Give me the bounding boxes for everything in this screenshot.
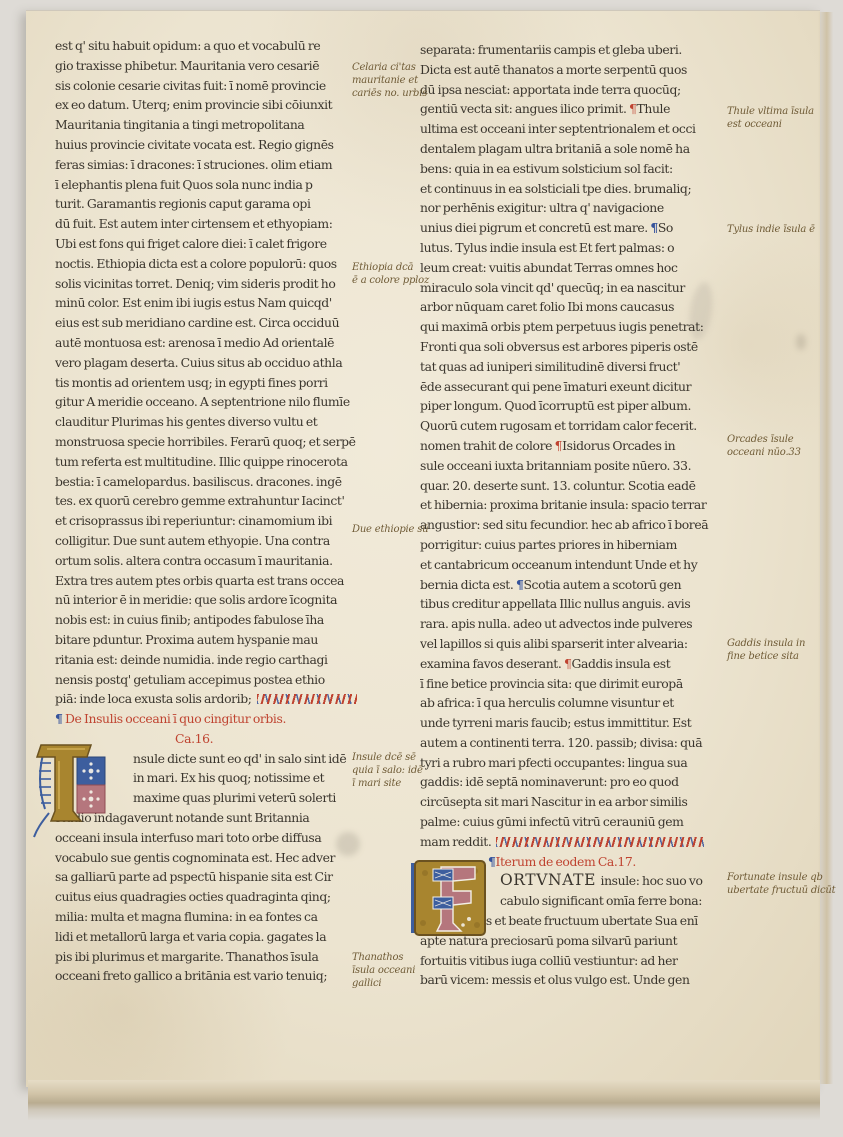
text-line: mam reddit. (420, 832, 722, 852)
text-line: Mauritania tingitania a tingi metropolit… (55, 115, 357, 135)
text-line: lidi et metallorū larga et varia copia. … (55, 927, 357, 947)
text-line: Quorū cutem rugosam et torridam calor fe… (420, 416, 722, 436)
text-line: colligitur. Due sunt autem ethyopie. Una… (55, 531, 357, 551)
text-line: nobis est: in cuius finib; antipodes fab… (55, 610, 357, 630)
text-line: solis vicinitas torret. Deniq; vim sider… (55, 274, 357, 294)
text-column-left: est q' situ habuit opidum: a quo et voca… (55, 36, 357, 986)
text-line: vel lapillos si quis alibi sparserit int… (420, 634, 722, 654)
text-line: et crisoprassus ibi reperiuntur: cinamom… (55, 511, 357, 531)
text-line: ab africa: ī qua herculis columne visunt… (420, 693, 722, 713)
text-line: Extra tres autem ptes orbis quarta est t… (55, 571, 357, 591)
text-line: huius provincie civitate vocata est. Reg… (55, 135, 357, 155)
text-line: arbor nūquam caret folio Ibi mons caucas… (420, 297, 722, 317)
text-line: leum creat: vuitis abundat Terras omnes … (420, 258, 722, 278)
text-line: milia: multa et magna flumina: in ea fon… (55, 907, 357, 927)
text-line: fortuitis vitibus iuga colliū vestiuntur… (420, 951, 722, 971)
text-line: eius est sub meridiano cardine est. Circ… (55, 313, 357, 333)
text-line: ultima est occeani inter septentrionalem… (420, 119, 722, 139)
text-line: rara. apis nulla. adeo ut advectos inde … (420, 614, 722, 634)
text-line: unde tyrreni maris faucib; estus immitti… (420, 713, 722, 733)
text-line: minū color. Est enim ibi iugis estus Nam… (55, 293, 357, 313)
text-line: nomen trahit de colore ¶Isidorus Orcades… (420, 436, 722, 456)
text-line: ī fine betice provincia sita: que dirimi… (420, 674, 722, 694)
text-line: lutus. Tylus indie insula est Et fert pa… (420, 238, 722, 258)
text-line: cuitus eius quadragies octies quadragint… (55, 887, 357, 907)
text-line: feras simias: ī dracones: ī struciones. … (55, 155, 357, 175)
text-line: dentalem plagam ultra britaniā a sole no… (420, 139, 722, 159)
text-line: ortum solis. altera contra occasum ī mau… (55, 551, 357, 571)
text-line: occeani freto gallico a britānia est var… (55, 966, 357, 986)
text-line: ritania est: deinde numidia. inde regio … (55, 650, 357, 670)
text-line: tat quas ad iuniperi similitudinē divers… (420, 357, 722, 377)
pen-flourish-line-filler (257, 694, 357, 704)
margin-note: Celaria ci'tasmauritanie etcariēs no. ur… (352, 62, 427, 100)
text-line: nū interior ē in meridie: que solis ardo… (55, 590, 357, 610)
margin-note: Due ethiopie sū (352, 524, 428, 537)
text-line: Fronti qua soli obversus est arbores pip… (420, 337, 722, 357)
text-line: autem a continenti terra. 120. passib; d… (420, 733, 722, 753)
text-line: bestia: ī camelopardus. basiliscus. drac… (55, 472, 357, 492)
text-line: examina favos deserant. ¶Gaddis insula e… (420, 654, 722, 674)
text-line: palme: cuius gūmi infectū vitrū cerauniū… (420, 812, 722, 832)
text-line: pis ibi plurimus et margarite. Thanathos… (55, 947, 357, 967)
margin-note: Insule dcē sēquia ī salo: idēī mari site (352, 752, 423, 790)
text-line: angustior: sed situ fecundior. hec ab af… (420, 515, 722, 535)
manuscript-photo: est q' situ habuit opidum: a quo et voca… (0, 0, 843, 1137)
text-line: ex eo datum. Uterq; enim provincie sibi … (55, 95, 357, 115)
text-line: nor perhēnis exigitur: ultra q' navigaci… (420, 198, 722, 218)
text-line: sule occeani iuxta britanniam posite nūe… (420, 456, 722, 476)
text-line: tibus creditur appellata Illic nullus an… (420, 594, 722, 614)
pen-flourish-line-filler (496, 837, 704, 847)
margin-note: Fortunate insule qbubertate fructuū dicū… (727, 872, 836, 898)
text-line: tum referta est multitudine. Illic quipp… (55, 452, 357, 472)
text-line: tis montis ad orientem usq; in egypti fi… (55, 373, 357, 393)
text-line: est q' situ habuit opidum: a quo et voca… (55, 36, 357, 56)
text-line: et hibernia: proxima britanie insula: sp… (420, 495, 722, 515)
text-line: sa galliarū parte ad pspectū hispanie si… (55, 867, 357, 887)
text-line: dū fuit. Est autem inter cirtensem et et… (55, 214, 357, 234)
text-line: tes. ex quorū cerebro gemme extrahuntur … (55, 491, 357, 511)
text-line: qui maximā orbis ptem perpetuus iugis pe… (420, 317, 722, 337)
gutter-marginalia: Celaria ci'tasmauritanie etcariēs no. ur… (352, 0, 430, 1137)
margin-note: Tylus indie īsula ē (727, 224, 815, 237)
margin-note: Orcades īsuleocceani nūo.33 (727, 434, 801, 460)
right-marginalia: Thule vltima īsulaest occeaniTylus indie… (727, 0, 841, 1137)
illuminated-initial-i (33, 741, 121, 843)
text-line: Dicta est autē thanatos a morte serpentū… (420, 60, 722, 80)
text-line: unius diei pigrum et concretū est mare. … (420, 218, 722, 238)
text-line: vocabulo sue gentis cognominata est. Hec… (55, 848, 357, 868)
margin-note: Thule vltima īsulaest occeani (727, 106, 814, 132)
text-line: porrigitur: cuius partes priores in hibe… (420, 535, 722, 555)
text-line: ēde assecurant qui pene īmaturi exeunt d… (420, 377, 722, 397)
text-line: nensis postq' getuliam accepimus postea … (55, 670, 357, 690)
text-line: piā: inde loca exusta solis ardorib; (55, 689, 357, 709)
text-line: sis colonie cesarie civitas fuit: ī nomē… (55, 76, 357, 96)
text-line: separata: frumentariis campis et gleba u… (420, 40, 722, 60)
text-line: miraculo sola vincit qd' quecūq; in ea n… (420, 278, 722, 298)
margin-note: Ethiopia dcāē a colore pploz (352, 262, 429, 288)
text-line: circūsepta sit mari Nascitur in ea arbor… (420, 792, 722, 812)
margin-note: Gaddis insula infine betice sita (727, 638, 805, 664)
text-line: dū ipsa nesciat: apportata inde terra qu… (420, 80, 722, 100)
margin-note: Thanathosīsula occeanigallici (352, 952, 415, 990)
text-line: bitare pduntur. Proxima autem hyspanie m… (55, 630, 357, 650)
text-line: barū vicem: messis et olus vulgo est. Un… (420, 970, 722, 990)
text-line: Ubi est fons qui friget calore diei: ī c… (55, 234, 357, 254)
text-line: et cantabricum occeanum intendunt Unde e… (420, 555, 722, 575)
text-line: turit. Garamantis regionis caput garama … (55, 194, 357, 214)
text-line: gaddis: idē septā nominaverunt: pro eo q… (420, 772, 722, 792)
text-line: bernia dicta est. ¶Scotia autem a scotor… (420, 575, 722, 595)
text-line: vero plagam deserta. Cuius situs ab occi… (55, 353, 357, 373)
text-line: autē montuosa est: arenosa ī medio Ad or… (55, 333, 357, 353)
text-line: gitur A meridie occeano. A septentrione … (55, 392, 357, 412)
text-line: noctis. Ethiopia dicta est a colore popu… (55, 254, 357, 274)
text-line: gio traxisse phibetur. Mauritania vero c… (55, 56, 357, 76)
text-line: tyri a rubro mari pfecti occupantes: lin… (420, 753, 722, 773)
text-line: bens: quia in ea estivum solsticium sol … (420, 159, 722, 179)
text-line: clauditur Plurimas his gentes diverso vu… (55, 412, 357, 432)
text-line: ī elephantis plena fuit Quos sola nunc i… (55, 175, 357, 195)
text-line: piper longum. Quod īcorruptū est piper a… (420, 396, 722, 416)
text-column-right: separata: frumentariis campis et gleba u… (420, 40, 722, 990)
text-line: monstruosa specie horribiles. Ferarū quo… (55, 432, 357, 452)
text-line: et continuus in ea solsticiali tpe dies.… (420, 179, 722, 199)
illuminated-initial-f (411, 859, 497, 943)
text-line: ¶ De Insulis occeani ī quo cingitur orbi… (55, 709, 357, 729)
text-line: gentiū vecta sit: angues ilico primit. ¶… (420, 99, 722, 119)
text-line: quar. 20. deserte sunt. 13. coluntur. Sc… (420, 476, 722, 496)
